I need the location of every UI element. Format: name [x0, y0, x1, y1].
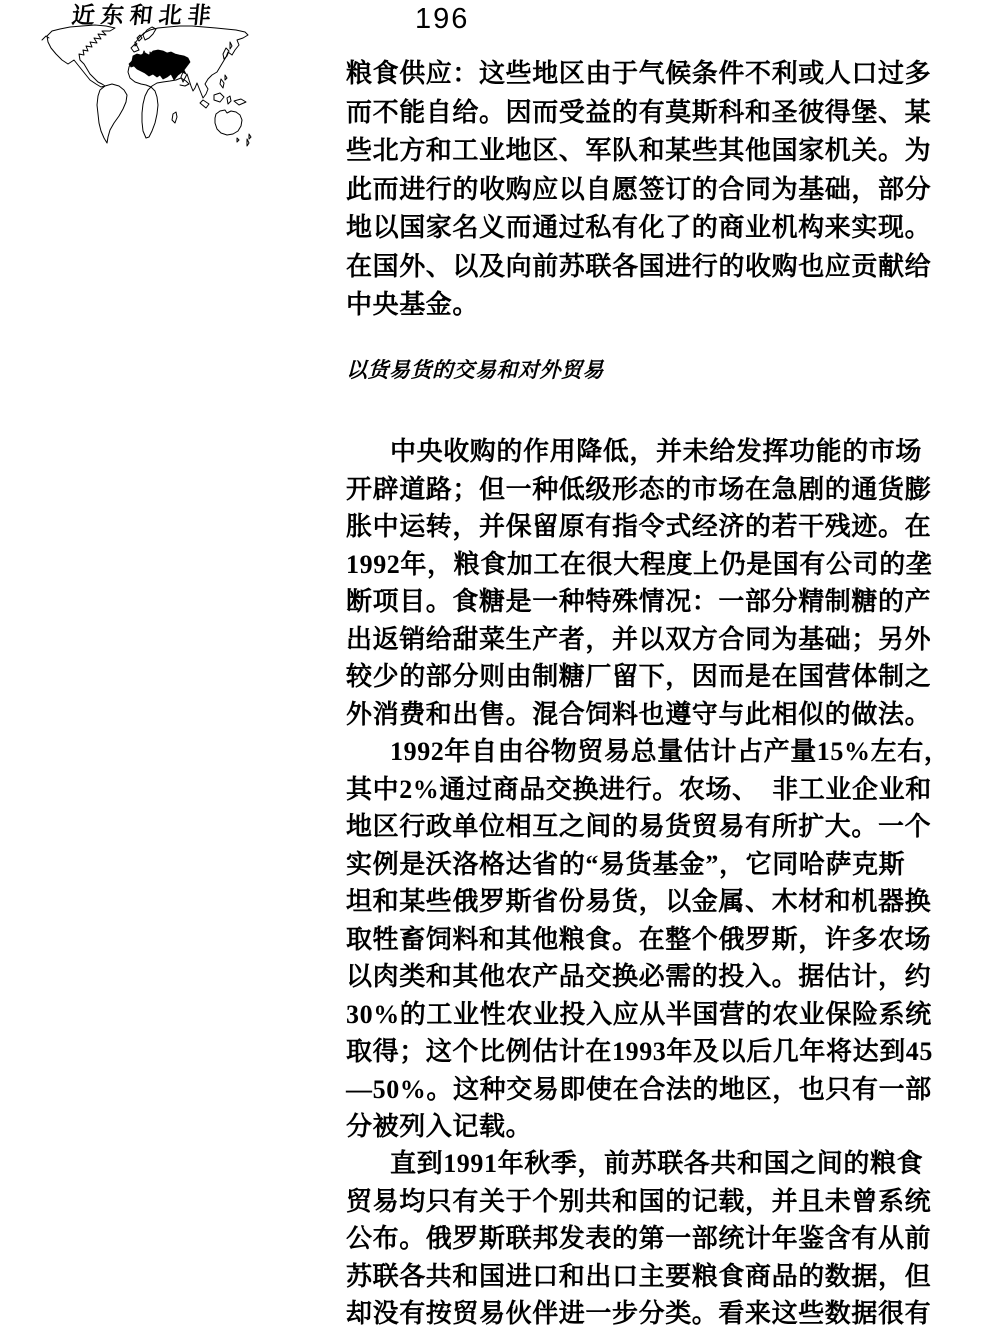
text-line: 中央基金。: [346, 286, 936, 325]
text-line: 1992年自由谷物贸易总量估计占产量15%左右，: [346, 733, 936, 771]
text-line: 地区行政单位相互之间的易货贸易有所扩大。一个: [346, 808, 936, 846]
north-america-outline: [47, 25, 115, 87]
text-line: 些北方和工业地区、军队和某些其他国家机关。为: [346, 132, 936, 171]
paragraph-barter-trade: 1992年自由谷物贸易总量估计占产量15%左右，其中2%通过商品交换进行。农场、…: [346, 733, 936, 1146]
south-america-outline: [97, 84, 127, 143]
text-line: 胀中运转，并保留原有指令式经济的若干残迹。在: [346, 508, 936, 546]
southeast-asia-islands: [200, 93, 246, 108]
near-east-north-africa-region-fill: [129, 50, 190, 80]
text-line: 却没有按贸易伙伴进一步分类。看来这些数据很有: [346, 1295, 936, 1333]
section-heading: 以货易货的交易和对外贸易: [346, 355, 936, 385]
text-line: 以肉类和其他农产品交换必需的投入。据估计，约: [346, 958, 936, 996]
text-line: 分被列入记载。: [346, 1108, 936, 1146]
page-number: 196: [415, 3, 469, 36]
paragraph-food-supply: 粮食供应：这些地区由于气候条件不利或人口过多而不能自给。因而受益的有莫斯科和圣彼…: [346, 55, 936, 325]
text-line: 1992年，粮食加工在很大程度上仍是国有公司的垄: [346, 546, 936, 584]
text-line: 较少的部分则由制糖厂留下，因而是在国营体制之: [346, 658, 936, 696]
text-line: 取牲畜饲料和其他粮食。在整个俄罗斯，许多农场: [346, 921, 936, 959]
text-line: 贸易均只有关于个别共和国的记载，并且未曾系统: [346, 1183, 936, 1221]
text-line: 其中2%通过商品交换进行。农场、 非工业企业和: [346, 771, 936, 809]
text-line: 30%的工业性农业投入应从半国营的农业保险系统: [346, 996, 936, 1034]
text-line: 在国外、以及向前苏联各国进行的收购也应贡献给: [346, 248, 936, 287]
text-line: 此而进行的收购应以自愿签订的合同为基础，部分: [346, 171, 936, 210]
australia-outline: [215, 110, 242, 135]
text-line: 实例是沃洛格达省的“易货基金”，它同哈萨克斯: [346, 846, 936, 884]
text-line: 地以国家名义而通过私有化了的商业机构来实现。: [346, 209, 936, 248]
text-line: 断项目。食糖是一种特殊情况：一部分精制糖的产: [346, 583, 936, 621]
book-page: 196 近东和北非 粮食供应：这些地区由于气候条件不利或人口过多而不能自给。因而…: [0, 0, 1000, 1334]
tasmania-newzealand: [237, 134, 251, 146]
paragraph-central-procurement: 中央收购的作用降低，并未给发挥功能的市场开辟道路；但一种低级形态的市场在急剧的通…: [346, 433, 936, 733]
text-line: 而不能自给。因而受益的有莫斯科和圣彼得堡、某: [346, 94, 936, 133]
text-line: 开辟道路；但一种低级形态的市场在急剧的通货膨: [346, 471, 936, 509]
japan-islands: [223, 42, 232, 59]
world-map: [40, 22, 260, 152]
madagascar-outline: [172, 112, 177, 123]
text-line: 公布。俄罗斯联邦发表的第一部统计年鉴含有从前: [346, 1220, 936, 1258]
text-line: 直到1991年秋季，前苏联各共和国之间的粮食: [346, 1145, 936, 1183]
text-line: 取得；这个比例估计在1993年及以后几年将达到45: [346, 1033, 936, 1071]
text-line: 苏联各共和国进口和出口主要粮食商品的数据，但: [346, 1258, 936, 1296]
text-line: 外消费和出售。混合饲料也遵守与此相似的做法。: [346, 696, 936, 734]
text-line: 出返销给甜菜生产者，并以双方合同为基础；另外: [346, 621, 936, 659]
text-line: 坦和某些俄罗斯省份易货，以金属、木材和机器换: [346, 883, 936, 921]
text-line: —50%。这种交易即使在合法的地区，也只有一部: [346, 1071, 936, 1109]
text-line: 中央收购的作用降低，并未给发挥功能的市场: [346, 433, 936, 471]
philippines-islands: [220, 75, 227, 88]
paragraph-republic-grain-trade: 直到1991年秋季，前苏联各共和国之间的粮食贸易均只有关于个别共和国的记载，并且…: [346, 1145, 936, 1333]
text-line: 粮食供应：这些地区由于气候条件不利或人口过多: [346, 55, 936, 94]
